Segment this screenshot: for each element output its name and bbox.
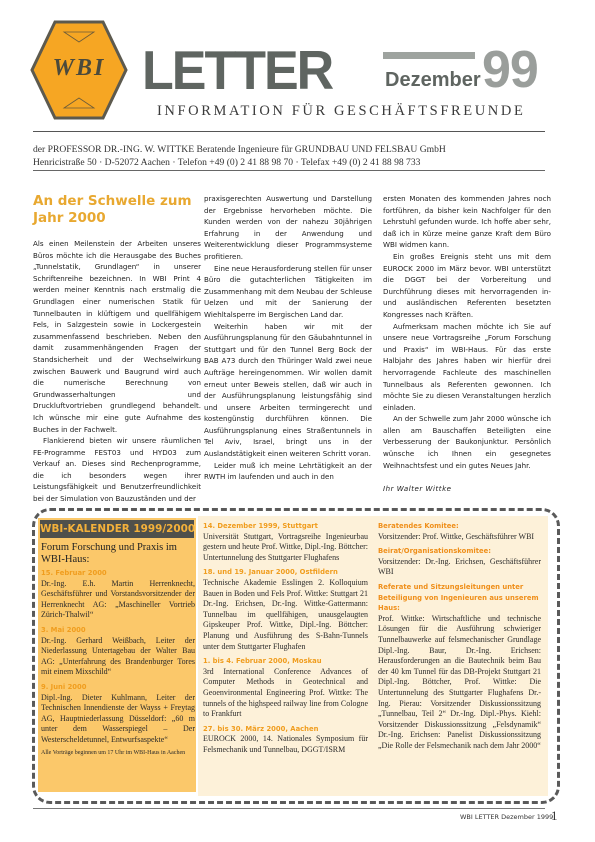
signature: Ihr Walter Wittke: [383, 483, 551, 495]
forum-note: Alle Vorträge beginnen um 17 Uhr im WBI-…: [41, 750, 195, 758]
entry-text: Vorsitzender: Prof. Wittke, Geschäftsfüh…: [378, 532, 541, 543]
article-column-3: ersten Monaten des kommenden Jahres noch…: [383, 193, 551, 495]
entry-date: 27. bis 30. März 2000, Aachen: [203, 724, 368, 735]
entry-heading: Beirat/Organisationskomitee:: [378, 546, 541, 557]
paragraph: Aufmerksam machen möchte ich Sie auf uns…: [383, 321, 551, 414]
page-number: 1: [551, 808, 558, 824]
paragraph: Ein großes Ereignis steht uns mit dem EU…: [383, 251, 551, 321]
calendar-entry: 1. bis 4. Februar 2000, Moskau 3rd Inter…: [203, 656, 368, 720]
entry-text: EUROCK 2000, 14. Nationales Symposium fü…: [203, 734, 368, 755]
entry-date: 1. bis 4. Februar 2000, Moskau: [203, 656, 368, 667]
paragraph: Flankierend bieten wir unsere räumlichen…: [33, 435, 201, 505]
calendar-entry: 3. Mai 2000 Dr.-Ing. Gerhard Weißbach, L…: [41, 625, 195, 678]
divider: [33, 131, 545, 132]
article-column-2: praxisgerechten Auswertung und Darstellu…: [204, 193, 372, 483]
entry-date: 15. Februar 2000: [41, 568, 195, 579]
address-line-2: Henricistraße 50 · D-52072 Aachen · Tele…: [33, 156, 553, 169]
entry-text: Vorsitzender: Dr.-Ing. Erichsen, Geschäf…: [378, 557, 541, 578]
entry-heading: Referate und Sitzungsleitungen unter Bet…: [378, 582, 541, 614]
decorative-bar: [383, 52, 475, 59]
paragraph: ersten Monaten des kommenden Jahres noch…: [383, 193, 551, 251]
forum-title: Forum Forschung und Praxis im WBI-Haus:: [41, 542, 195, 566]
article-column-1: Als einen Meilenstein der Arbeiten unser…: [33, 238, 201, 505]
calendar-entry: 15. Februar 2000 Dr.-Ing. E.h. Martin He…: [41, 568, 195, 621]
entry-text: 3rd International Conference Advances of…: [203, 667, 368, 720]
entry-text: Dr.-Ing. Gerhard Weißbach, Leiter der Ni…: [41, 636, 195, 678]
address-line-1: der PROFESSOR DR.-ING. W. WITTKE Beraten…: [33, 143, 553, 156]
divider: [33, 808, 545, 809]
paragraph: praxisgerechten Auswertung und Darstellu…: [204, 193, 372, 263]
calendar-entry: 27. bis 30. März 2000, Aachen EUROCK 200…: [203, 724, 368, 756]
newsletter-subtitle: INFORMATION FÜR GESCHÄFTSFREUNDE: [157, 103, 525, 120]
paragraph: Als einen Meilenstein der Arbeiten unser…: [33, 238, 201, 435]
calendar-entry: Beirat/Organisationskomitee: Vorsitzende…: [378, 546, 541, 578]
paragraph: An der Schwelle zum Jahr 2000 wünsche ic…: [383, 413, 551, 471]
entry-text: Universität Stuttgart, Vortragsreihe Ing…: [203, 532, 368, 564]
entry-text: Technische Akademie Esslingen 2. Kolloqu…: [203, 578, 368, 652]
entry-date: 3. Mai 2000: [41, 625, 195, 636]
paragraph: Eine neue Herausforderung stellen für un…: [204, 263, 372, 321]
calendar-entry: 9. Juni 2000 Dipl.-Ing. Dieter Kuhlmann,…: [41, 682, 195, 746]
calendar-events-column: 14. Dezember 1999, Stuttgart Universität…: [203, 519, 368, 759]
divider: [33, 170, 545, 171]
entry-date: 9. Juni 2000: [41, 682, 195, 693]
calendar-title: WBI-KALENDER 1999/2000: [40, 520, 194, 538]
entry-text: Dr.-Ing. E.h. Martin Herrenknecht, Gesch…: [41, 579, 195, 621]
footer-text: WBI LETTER Dezember 1999: [460, 813, 553, 821]
logo-text: WBI: [38, 55, 120, 82]
company-address: der PROFESSOR DR.-ING. W. WITTKE Beraten…: [33, 143, 553, 169]
entry-text: Prof. Wittke: Wirtschaftliche und techni…: [378, 614, 541, 752]
entry-date: 18. und 19. Januar 2000, Ostfildern: [203, 567, 368, 578]
issue-year: 99: [482, 44, 538, 96]
entry-heading: Beratendes Komitee:: [378, 521, 541, 532]
calendar-entry: Referate und Sitzungsleitungen unter Bet…: [378, 582, 541, 752]
newsletter-title: LETTER: [142, 44, 332, 99]
paragraph: Weiterhin haben wir mit der Ausführungsp…: [204, 321, 372, 460]
calendar-entry: Beratendes Komitee: Vorsitzender: Prof. …: [378, 521, 541, 542]
paragraph: Leider muß ich meine Lehrtätigkeit an de…: [204, 460, 372, 483]
calendar-forum-column: Forum Forschung und Praxis im WBI-Haus: …: [41, 542, 195, 757]
entry-date: 14. Dezember 1999, Stuttgart: [203, 521, 368, 532]
article-headline: An der Schwelle zum Jahr 2000: [33, 193, 203, 227]
issue-month: Dezember: [385, 70, 481, 90]
calendar-entry: 14. Dezember 1999, Stuttgart Universität…: [203, 521, 368, 563]
entry-text: Dipl.-Ing. Dieter Kuhlmann, Leiter der T…: [41, 693, 195, 746]
calendar-entry: 18. und 19. Januar 2000, Ostfildern Tech…: [203, 567, 368, 652]
calendar-eurock-column: Beratendes Komitee: Vorsitzender: Prof. …: [378, 519, 541, 755]
